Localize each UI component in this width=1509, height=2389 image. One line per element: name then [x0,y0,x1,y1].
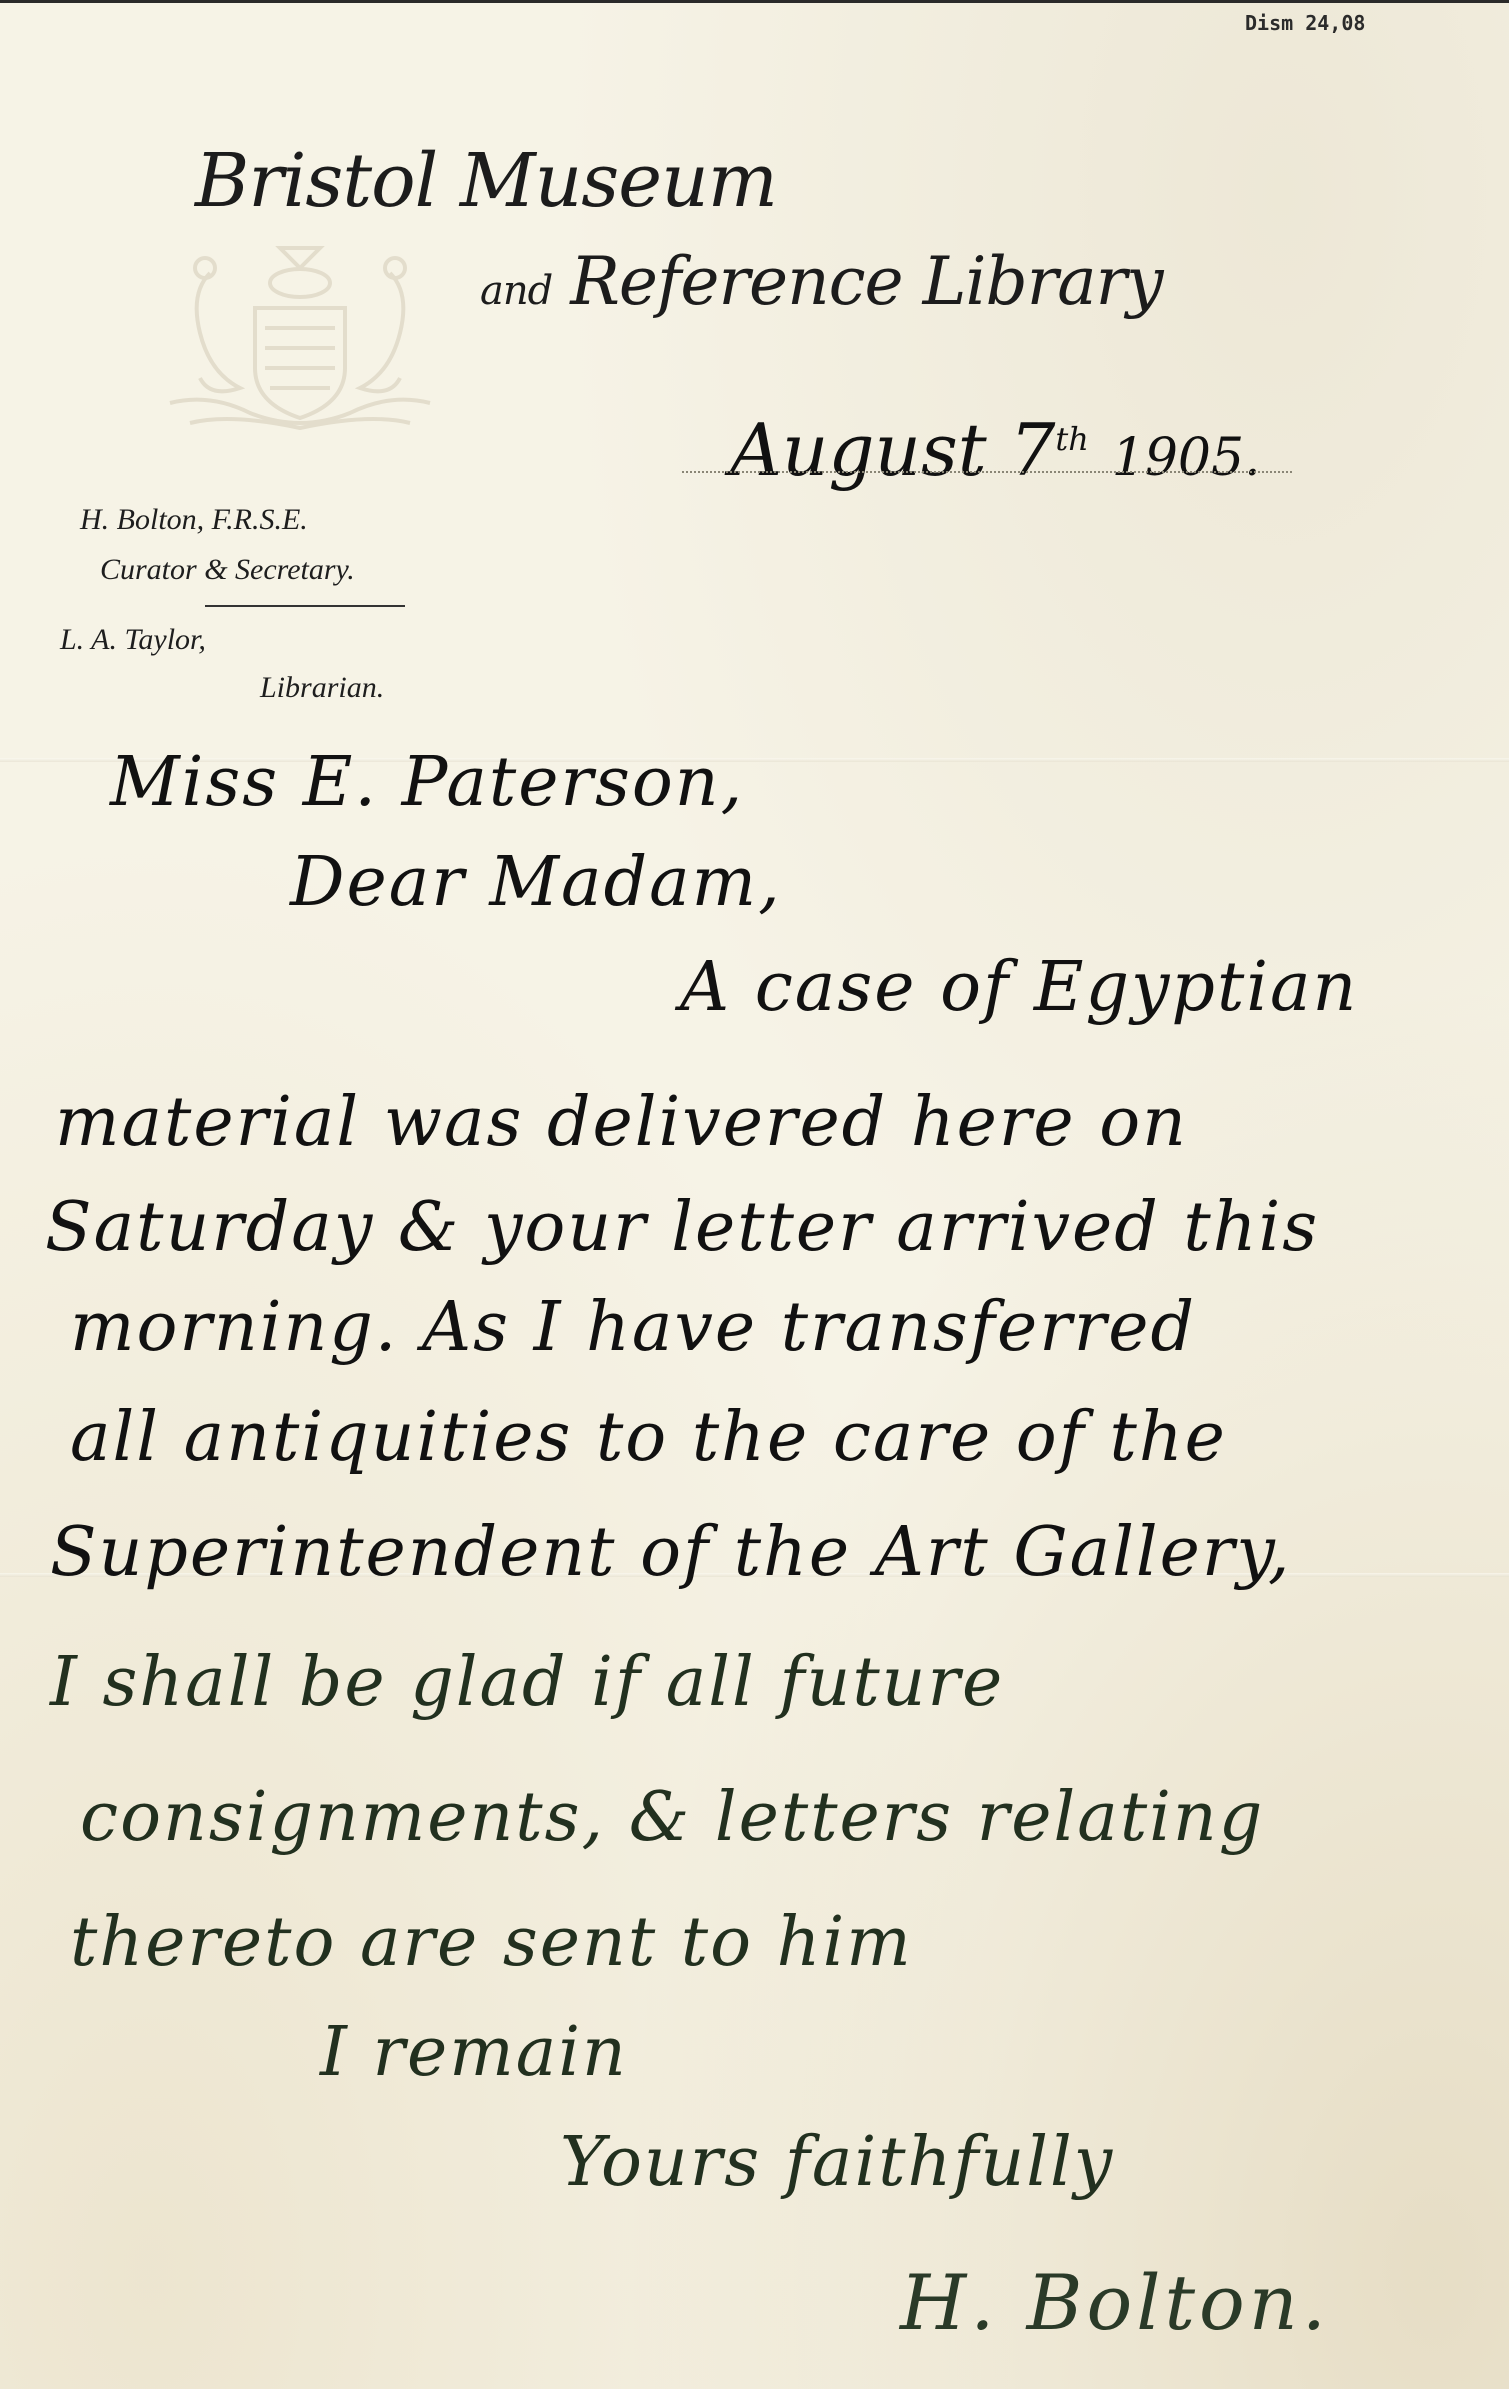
date-year: 1905. [1112,428,1261,488]
body-line: material was delivered here on [55,1083,1188,1162]
body-line: thereto are sent to him [70,1903,913,1982]
letterhead-divider [205,605,405,607]
staff-curator-role: Curator & Secretary. [100,553,355,587]
body-line: Saturday & your letter arrived this [45,1188,1319,1267]
recipient: Miss E. Paterson, [110,743,744,822]
salutation: Dear Madam, [290,843,782,922]
catalog-number: Dism 24,08 [1245,11,1365,35]
body-line: Superintendent of the Art Gallery, [50,1513,1291,1592]
date-suffix: th [1055,420,1088,458]
body-line: consignments, & letters relating [80,1778,1264,1857]
letterhead-library: Reference Library [570,243,1162,320]
date-dotted-line [682,471,1292,473]
closing-remain: I remain [320,2013,628,2092]
letterhead-and: and [480,268,552,314]
staff-librarian-name: L. A. Taylor, [60,623,206,657]
date-text: August 7 [730,408,1055,492]
letterhead-title-line2: andReference Library [480,243,1163,320]
closing-yours-faithfully: Yours faithfully [560,2123,1114,2202]
body-line: A case of Egyptian [680,948,1358,1027]
staff-curator-name: H. Bolton, F.R.S.E. [80,503,308,537]
signature: H. Bolton. [900,2258,1330,2347]
body-line: morning. As I have transferred [70,1288,1196,1367]
letterhead-title-line1: Bristol Museum [195,138,777,224]
staff-librarian-role: Librarian. [260,671,384,705]
letter-page: Dism 24,08 Bristol Museum andReference L… [0,0,1509,2389]
letter-date: August 7th 1905. [730,408,1261,492]
body-line: all antiquities to the care of the [70,1398,1227,1477]
body-line: I shall be glad if all future [50,1643,1004,1722]
embossed-crest-icon [150,228,450,438]
